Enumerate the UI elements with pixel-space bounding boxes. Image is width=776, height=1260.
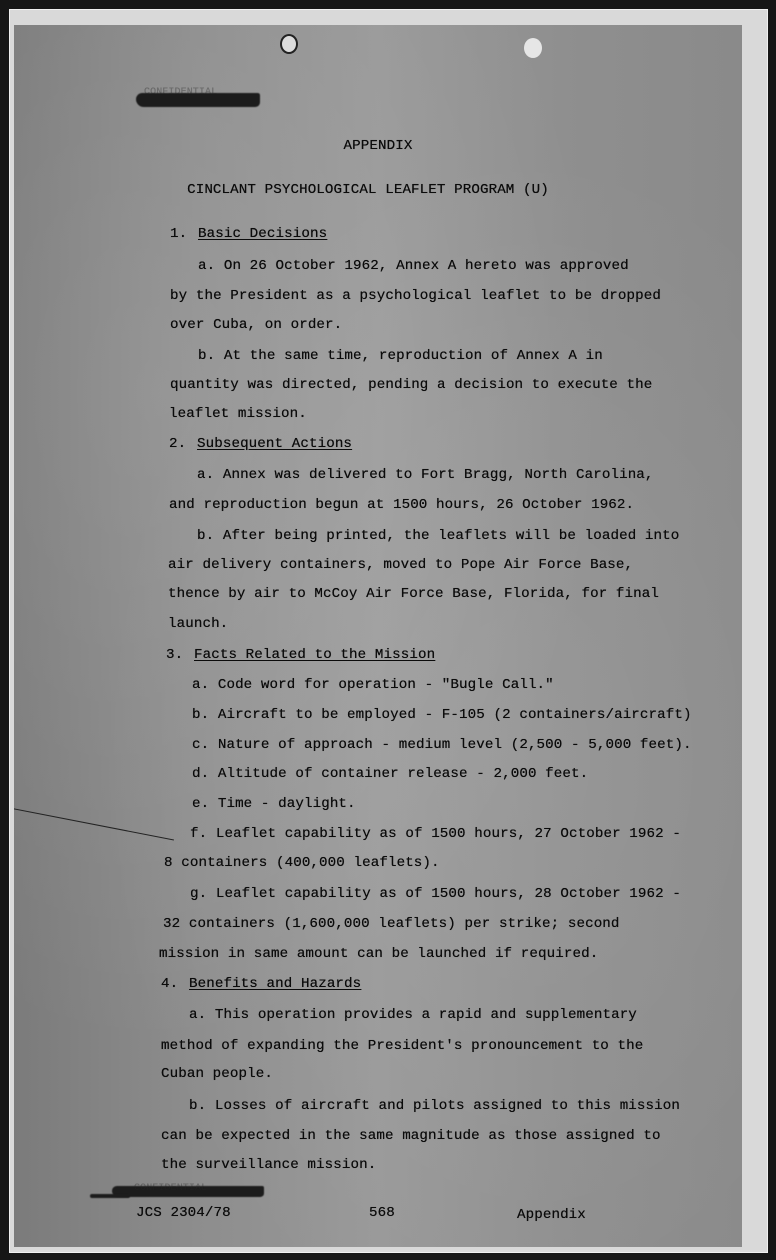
section-3-line: d. Altitude of container release - 2,000… — [192, 766, 588, 782]
section-4-number: 4. — [161, 976, 178, 992]
section-1-line: b. At the same time, reproduction of Ann… — [198, 348, 603, 364]
section-4-line: method of expanding the President's pron… — [161, 1038, 643, 1054]
section-2-line: a. Annex was delivered to Fort Bragg, No… — [197, 467, 654, 483]
section-1-line: leaflet mission. — [169, 406, 307, 422]
page-title: CINCLANT PSYCHOLOGICAL LEAFLET PROGRAM (… — [14, 182, 732, 198]
section-2-number: 2. — [169, 436, 186, 452]
section-3-heading: Facts Related to the Mission — [194, 647, 435, 663]
section-3-line: 8 containers (400,000 leaflets). — [164, 855, 440, 871]
section-3-line: f. Leaflet capability as of 1500 hours, … — [190, 826, 681, 842]
section-2-line: thence by air to McCoy Air Force Base, F… — [168, 586, 659, 602]
section-3-line: e. Time - daylight. — [192, 796, 356, 812]
section-1-number: 1. — [170, 226, 187, 242]
document-page: CONFIDENTIAL APPENDIX CINCLANT PSYCHOLOG… — [14, 25, 742, 1247]
section-3-line: mission in same amount can be launched i… — [159, 946, 598, 962]
footer-document-id: JCS 2304/78 — [136, 1205, 231, 1221]
redacted-classification-top-text: CONFIDENTIAL — [144, 87, 217, 98]
section-2-heading: Subsequent Actions — [197, 436, 352, 452]
section-1-heading: Basic Decisions — [198, 226, 327, 242]
footer-page-number: 568 — [369, 1205, 395, 1221]
section-4-line: a. This operation provides a rapid and s… — [189, 1007, 637, 1023]
section-4-line: b. Losses of aircraft and pilots assigne… — [189, 1098, 680, 1114]
section-4-line: the surveillance mission. — [161, 1157, 376, 1173]
footer-section-label: Appendix — [517, 1207, 586, 1223]
section-3-line: c. Nature of approach - medium level (2,… — [192, 737, 692, 753]
section-3-line: g. Leaflet capability as of 1500 hours, … — [190, 886, 681, 902]
section-4-line: Cuban people. — [161, 1066, 273, 1082]
stray-pen-mark — [14, 808, 174, 840]
appendix-label: APPENDIX — [14, 138, 742, 154]
section-1-line: a. On 26 October 1962, Annex A hereto wa… — [198, 258, 629, 274]
section-4-heading: Benefits and Hazards — [189, 976, 361, 992]
section-2-line: and reproduction begun at 1500 hours, 26… — [169, 497, 634, 513]
section-3-line: b. Aircraft to be employed - F-105 (2 co… — [192, 707, 692, 723]
section-3-line: a. Code word for operation - "Bugle Call… — [192, 677, 554, 693]
section-2-line: b. After being printed, the leaflets wil… — [197, 528, 679, 544]
section-1-line: by the President as a psychological leaf… — [170, 288, 661, 304]
redacted-classification-bottom-text: CONFIDENTIAL — [134, 1183, 207, 1194]
section-4-line: can be expected in the same magnitude as… — [161, 1128, 661, 1144]
punch-hole-right — [524, 38, 542, 58]
section-3-line: 32 containers (1,600,000 leaflets) per s… — [163, 916, 620, 932]
redacted-classification-bottom-tail — [90, 1194, 130, 1198]
section-3-number: 3. — [166, 647, 183, 663]
section-2-line: air delivery containers, moved to Pope A… — [168, 557, 633, 573]
section-1-line: quantity was directed, pending a decisio… — [170, 377, 652, 393]
section-1-line: over Cuba, on order. — [170, 317, 342, 333]
punch-hole-left — [280, 34, 298, 54]
section-2-line: launch. — [168, 616, 228, 632]
